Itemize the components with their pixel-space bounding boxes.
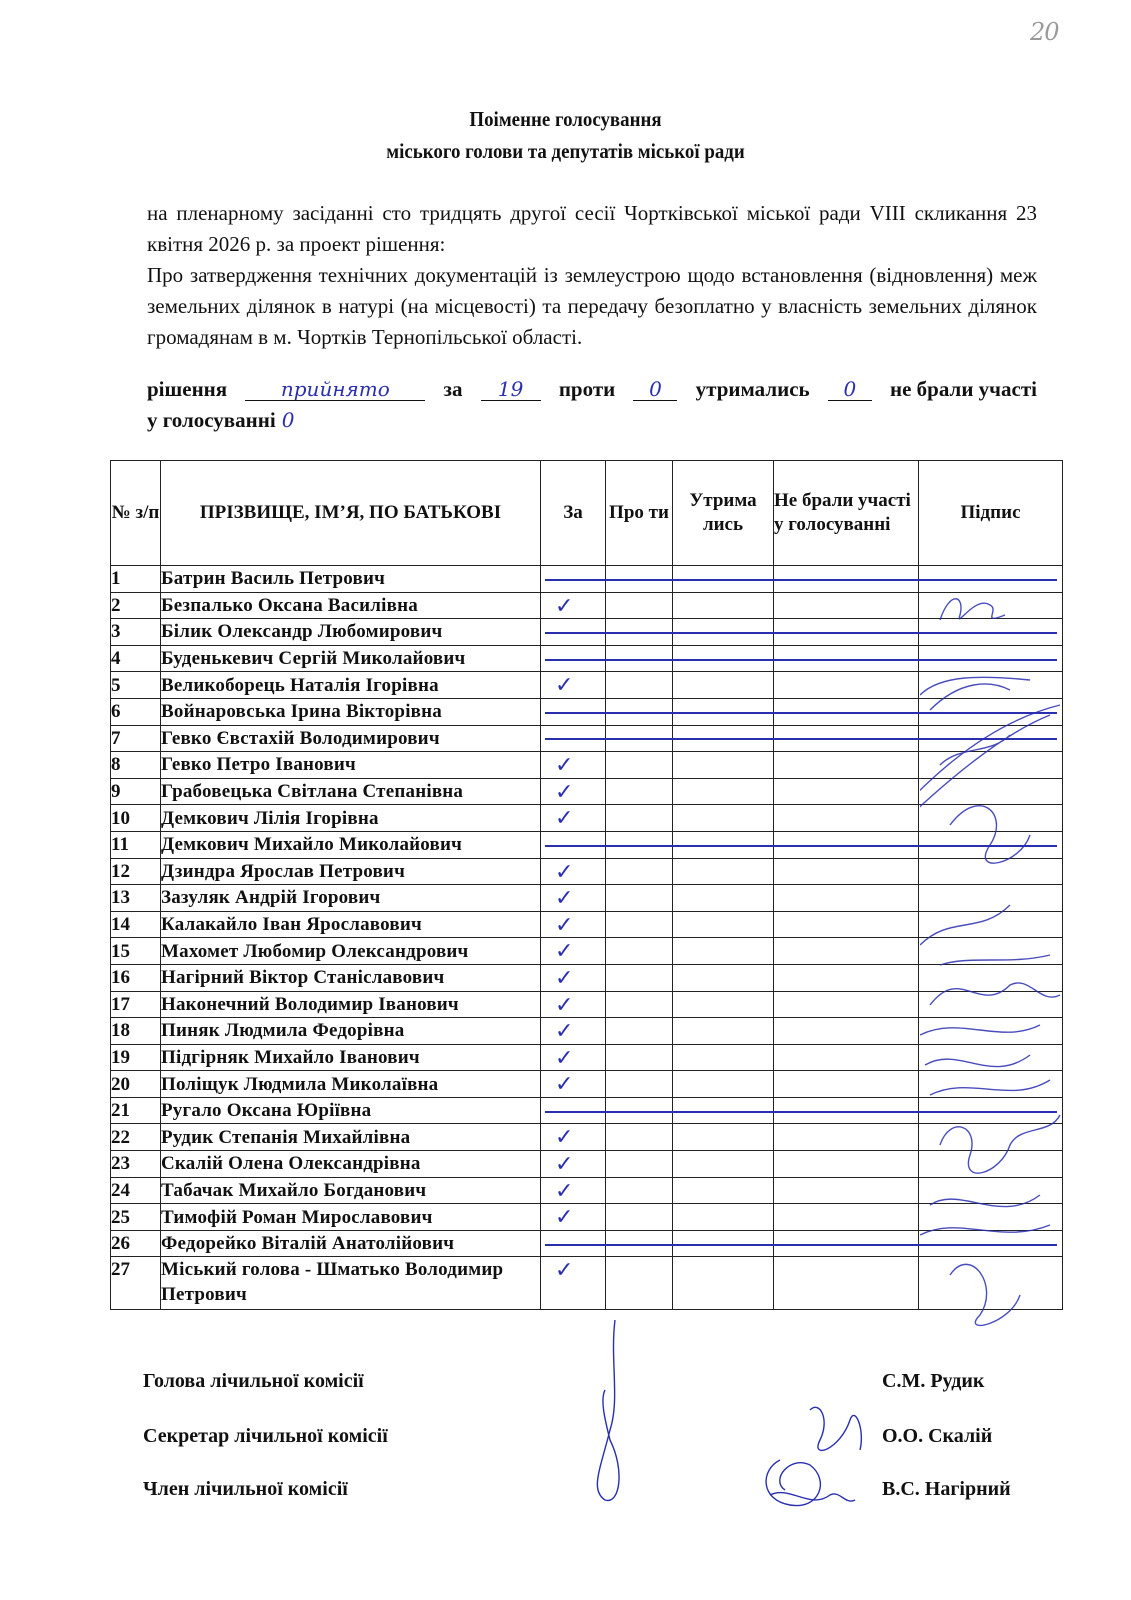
strike-line-icon xyxy=(545,632,1057,634)
table-row: 8Гевко Петро Іванович✓ xyxy=(111,752,1063,779)
deputy-name: Грабовецька Світлана Степанівна xyxy=(161,778,541,805)
vote-for-cell: ✓ xyxy=(541,964,606,991)
row-number: 17 xyxy=(111,991,161,1018)
vote-not-voted-cell xyxy=(774,1018,919,1045)
vote-abstained-cell xyxy=(673,858,774,885)
table-row: 25Тимофій Роман Мирославович✓ xyxy=(111,1204,1063,1231)
signature-cell xyxy=(919,1124,1063,1151)
vote-against-cell xyxy=(606,1124,673,1151)
signature-cell xyxy=(919,938,1063,965)
table-row: 27Міський голова - Шматько Володимир Пет… xyxy=(111,1257,1063,1310)
vote-for-cell: ✓ xyxy=(541,1044,606,1071)
vote-for-cell: ✓ xyxy=(541,911,606,938)
vote-not-voted-cell xyxy=(774,805,919,832)
abstained-count: 0 xyxy=(828,378,872,401)
vote-for-cell xyxy=(541,645,606,672)
signature-cell xyxy=(919,991,1063,1018)
deputy-name: Демкович Лілія Ігорівна xyxy=(161,805,541,832)
vote-abstained-cell xyxy=(673,1177,774,1204)
vote-not-voted-cell xyxy=(774,858,919,885)
vote-abstained-cell xyxy=(673,778,774,805)
deputy-name: Скалій Олена Олександрівна xyxy=(161,1151,541,1178)
vote-not-voted-cell xyxy=(774,885,919,912)
checkmark-icon: ✓ xyxy=(555,862,573,884)
vote-against-cell xyxy=(606,778,673,805)
table-row: 10Демкович Лілія Ігорівна✓ xyxy=(111,805,1063,832)
checkmark-icon: ✓ xyxy=(555,782,573,804)
vote-not-voted-cell xyxy=(774,911,919,938)
vote-for-cell xyxy=(541,1230,606,1257)
row-number: 2 xyxy=(111,592,161,619)
deputy-name: Махомет Любомир Олександрович xyxy=(161,938,541,965)
not-voted-count: 0 xyxy=(282,408,295,432)
checkmark-icon: ✓ xyxy=(555,1048,573,1070)
vote-not-voted-cell xyxy=(774,1177,919,1204)
row-number: 25 xyxy=(111,1204,161,1231)
chair-signature xyxy=(580,1320,640,1520)
table-row: 26Федорейко Віталій Анатолійович xyxy=(111,1230,1063,1257)
committee-member-role: Член лічильної комісії xyxy=(143,1478,348,1501)
vote-for-cell: ✓ xyxy=(541,1071,606,1098)
vote-not-voted-cell xyxy=(774,752,919,779)
not-voted-label-cont: у голосуванні xyxy=(147,408,276,432)
header-name: ПРІЗВИЩЕ, ІМ’Я, ПО БАТЬКОВІ xyxy=(161,461,541,566)
deputy-name: Міський голова - Шматько Володимир Петро… xyxy=(161,1257,541,1310)
table-row: 11Демкович Михайло Миколайович xyxy=(111,831,1063,858)
row-number: 9 xyxy=(111,778,161,805)
row-number: 6 xyxy=(111,698,161,725)
deputy-name: Підгірняк Михайло Іванович xyxy=(161,1044,541,1071)
strike-line-icon xyxy=(545,845,1057,847)
vote-not-voted-cell xyxy=(774,778,919,805)
row-number: 14 xyxy=(111,911,161,938)
decision-value: прийнято xyxy=(245,378,425,401)
table-row: 4Буденькевич Сергій Миколайович xyxy=(111,645,1063,672)
draft-decision-title: Про затвердження технічних документацій … xyxy=(147,260,1037,353)
vote-against-cell xyxy=(606,858,673,885)
signature-cell xyxy=(919,885,1063,912)
checkmark-icon: ✓ xyxy=(555,808,573,830)
deputy-name: Демкович Михайло Миколайович xyxy=(161,831,541,858)
vote-for-cell: ✓ xyxy=(541,1204,606,1231)
deputy-name: Гевко Петро Іванович xyxy=(161,752,541,779)
vote-for-cell: ✓ xyxy=(541,1151,606,1178)
vote-for-cell: ✓ xyxy=(541,778,606,805)
vote-for-cell xyxy=(541,725,606,752)
row-number: 7 xyxy=(111,725,161,752)
signature-cell xyxy=(919,672,1063,699)
table-row: 18Пиняк Людмила Федорівна✓ xyxy=(111,1018,1063,1045)
checkmark-icon: ✓ xyxy=(555,596,573,618)
vote-not-voted-cell xyxy=(774,1151,919,1178)
row-number: 20 xyxy=(111,1071,161,1098)
vote-for-cell xyxy=(541,619,606,646)
vote-not-voted-cell xyxy=(774,1044,919,1071)
signature-cell xyxy=(919,858,1063,885)
vote-for-cell: ✓ xyxy=(541,885,606,912)
vote-against-cell xyxy=(606,964,673,991)
checkmark-icon: ✓ xyxy=(555,888,573,910)
deputy-name: Федорейко Віталій Анатолійович xyxy=(161,1230,541,1257)
page-number: 20 xyxy=(1030,18,1059,46)
strike-line-icon xyxy=(545,1244,1057,1246)
vote-for-cell: ✓ xyxy=(541,805,606,832)
table-row: 1Батрин Василь Петрович xyxy=(111,566,1063,593)
vote-against-cell xyxy=(606,672,673,699)
vote-abstained-cell xyxy=(673,911,774,938)
row-number: 12 xyxy=(111,858,161,885)
checkmark-icon: ✓ xyxy=(555,675,573,697)
deputy-name: Нагірний Віктор Станіславович xyxy=(161,964,541,991)
row-number: 23 xyxy=(111,1151,161,1178)
vote-not-voted-cell xyxy=(774,991,919,1018)
strike-line-icon xyxy=(545,659,1057,661)
checkmark-icon: ✓ xyxy=(555,995,573,1017)
strike-line-icon xyxy=(545,738,1057,740)
signature-cell xyxy=(919,1257,1063,1310)
vote-against-cell xyxy=(606,752,673,779)
header-against: Про ти xyxy=(606,461,673,566)
vote-for-cell: ✓ xyxy=(541,1124,606,1151)
vote-not-voted-cell xyxy=(774,938,919,965)
row-number: 18 xyxy=(111,1018,161,1045)
vote-for-cell xyxy=(541,566,606,593)
table-row: 13Зазуляк Андрій Ігорович✓ xyxy=(111,885,1063,912)
deputy-name: Батрин Василь Петрович xyxy=(161,566,541,593)
vote-abstained-cell xyxy=(673,1071,774,1098)
committee-chair-name: С.М. Рудик xyxy=(882,1370,984,1393)
row-number: 8 xyxy=(111,752,161,779)
signature-cell xyxy=(919,752,1063,779)
deputy-name: Войнаровська Ірина Вікторівна xyxy=(161,698,541,725)
table-row: 2Безпалько Оксана Василівна✓ xyxy=(111,592,1063,619)
table-row: 21Ругало Оксана Юріївна xyxy=(111,1097,1063,1124)
table-row: 14Калакайло Іван Ярославович✓ xyxy=(111,911,1063,938)
table-row: 15Махомет Любомир Олександрович✓ xyxy=(111,938,1063,965)
vote-abstained-cell xyxy=(673,592,774,619)
header-abstained: Утрима лись xyxy=(673,461,774,566)
signature-cell xyxy=(919,1071,1063,1098)
row-number: 22 xyxy=(111,1124,161,1151)
vote-against-cell xyxy=(606,805,673,832)
vote-against-cell xyxy=(606,1257,673,1310)
vote-for-cell: ✓ xyxy=(541,991,606,1018)
deputy-name: Зазуляк Андрій Ігорович xyxy=(161,885,541,912)
table-row: 19Підгірняк Михайло Іванович✓ xyxy=(111,1044,1063,1071)
deputy-name: Буденькевич Сергій Миколайович xyxy=(161,645,541,672)
deputy-name: Наконечний Володимир Іванович xyxy=(161,991,541,1018)
vote-not-voted-cell xyxy=(774,1257,919,1310)
vote-against-cell xyxy=(606,1018,673,1045)
row-number: 21 xyxy=(111,1097,161,1124)
for-label: за xyxy=(444,374,463,405)
signature-cell xyxy=(919,1177,1063,1204)
vote-against-cell xyxy=(606,938,673,965)
header-num: № з/п xyxy=(111,461,161,566)
table-row: 17Наконечний Володимир Іванович✓ xyxy=(111,991,1063,1018)
deputy-name: Великоборець Наталія Ігорівна xyxy=(161,672,541,699)
table-row: 3Білик Олександр Любомирович xyxy=(111,619,1063,646)
not-voted-label: не брали участі xyxy=(890,374,1037,405)
checkmark-icon: ✓ xyxy=(555,1127,573,1149)
vote-not-voted-cell xyxy=(774,1071,919,1098)
deputy-name: Гевко Євстахій Володимирович xyxy=(161,725,541,752)
row-number: 1 xyxy=(111,566,161,593)
committee-chair-role: Голова лічильної комісії xyxy=(143,1370,364,1393)
vote-abstained-cell xyxy=(673,991,774,1018)
document-subtitle: міського голови та депутатів міської рад… xyxy=(57,135,1075,167)
table-row: 23Скалій Олена Олександрівна✓ xyxy=(111,1151,1063,1178)
vote-abstained-cell xyxy=(673,1018,774,1045)
table-row: 24Табачак Михайло Богданович✓ xyxy=(111,1177,1063,1204)
vote-for-cell: ✓ xyxy=(541,1257,606,1310)
table-body: 1Батрин Василь Петрович2Безпалько Оксана… xyxy=(111,566,1063,1310)
checkmark-icon: ✓ xyxy=(555,1181,573,1203)
deputy-name: Безпалько Оксана Василівна xyxy=(161,592,541,619)
strike-line-icon xyxy=(545,1111,1057,1113)
deputy-name: Пиняк Людмила Федорівна xyxy=(161,1018,541,1045)
vote-not-voted-cell xyxy=(774,964,919,991)
header-for: За xyxy=(541,461,606,566)
vote-not-voted-cell xyxy=(774,1124,919,1151)
deputy-name: Поліщук Людмила Миколаївна xyxy=(161,1071,541,1098)
vote-abstained-cell xyxy=(673,752,774,779)
vote-not-voted-cell xyxy=(774,592,919,619)
vote-against-cell xyxy=(606,911,673,938)
signature-cell xyxy=(919,805,1063,832)
vote-for-cell: ✓ xyxy=(541,752,606,779)
deputy-name: Тимофій Роман Мирославович xyxy=(161,1204,541,1231)
decision-label: рішення xyxy=(147,374,227,405)
abstained-label: утримались xyxy=(696,374,810,405)
vote-against-cell xyxy=(606,1071,673,1098)
vote-for-cell: ✓ xyxy=(541,672,606,699)
vote-against-cell xyxy=(606,1151,673,1178)
table-row: 7Гевко Євстахій Володимирович xyxy=(111,725,1063,752)
row-number: 13 xyxy=(111,885,161,912)
vote-abstained-cell xyxy=(673,964,774,991)
against-label: проти xyxy=(559,374,615,405)
table-row: 22Рудик Степанія Михайлівна✓ xyxy=(111,1124,1063,1151)
table-row: 9Грабовецька Світлана Степанівна✓ xyxy=(111,778,1063,805)
vote-abstained-cell xyxy=(673,1151,774,1178)
signature-cell xyxy=(919,1018,1063,1045)
vote-not-voted-cell xyxy=(774,672,919,699)
signature-cell xyxy=(919,964,1063,991)
checkmark-icon: ✓ xyxy=(555,755,573,777)
checkmark-icon: ✓ xyxy=(555,915,573,937)
vote-not-voted-cell xyxy=(774,1204,919,1231)
vote-for-cell xyxy=(541,1097,606,1124)
strike-line-icon xyxy=(545,712,1057,714)
vote-against-cell xyxy=(606,1204,673,1231)
vote-abstained-cell xyxy=(673,1124,774,1151)
signature-cell xyxy=(919,1044,1063,1071)
vote-for-cell: ✓ xyxy=(541,1177,606,1204)
vote-for-cell: ✓ xyxy=(541,938,606,965)
vote-abstained-cell xyxy=(673,938,774,965)
vote-against-cell xyxy=(606,885,673,912)
vote-abstained-cell xyxy=(673,885,774,912)
vote-against-cell xyxy=(606,1177,673,1204)
checkmark-icon: ✓ xyxy=(555,941,573,963)
signature-cell xyxy=(919,911,1063,938)
vote-against-cell xyxy=(606,1044,673,1071)
deputy-name: Рудик Степанія Михайлівна xyxy=(161,1124,541,1151)
row-number: 11 xyxy=(111,831,161,858)
row-number: 19 xyxy=(111,1044,161,1071)
checkmark-icon: ✓ xyxy=(555,1021,573,1043)
vote-abstained-cell xyxy=(673,1044,774,1071)
checkmark-icon: ✓ xyxy=(555,1260,573,1282)
row-number: 24 xyxy=(111,1177,161,1204)
header-not-voted: Не брали участі у голосуванні xyxy=(774,461,919,566)
signature-cell xyxy=(919,1204,1063,1231)
checkmark-icon: ✓ xyxy=(555,1154,573,1176)
checkmark-icon: ✓ xyxy=(555,968,573,990)
roll-call-table: № з/п ПРІЗВИЩЕ, ІМ’Я, ПО БАТЬКОВІ За Про… xyxy=(110,460,1063,1310)
row-number: 5 xyxy=(111,672,161,699)
committee-secretary-name: О.О. Скалій xyxy=(882,1425,992,1448)
signature-cell xyxy=(919,778,1063,805)
vote-for-cell xyxy=(541,698,606,725)
deputy-name: Калакайло Іван Ярославович xyxy=(161,911,541,938)
table-row: 5Великоборець Наталія Ігорівна✓ xyxy=(111,672,1063,699)
row-number: 15 xyxy=(111,938,161,965)
table-row: 12Дзиндра Ярослав Петрович✓ xyxy=(111,858,1063,885)
deputy-name: Табачак Михайло Богданович xyxy=(161,1177,541,1204)
deputy-name: Білик Олександр Любомирович xyxy=(161,619,541,646)
row-number: 4 xyxy=(111,645,161,672)
table-row: 20Поліщук Людмила Миколаївна✓ xyxy=(111,1071,1063,1098)
for-count: 19 xyxy=(481,378,541,401)
row-number: 3 xyxy=(111,619,161,646)
against-count: 0 xyxy=(633,378,677,401)
table-row: 6Войнаровська Ірина Вікторівна xyxy=(111,698,1063,725)
vote-against-cell xyxy=(606,991,673,1018)
strike-line-icon xyxy=(545,579,1057,581)
committee-secretary-role: Секретар лічильної комісії xyxy=(143,1425,388,1448)
deputy-name: Дзиндра Ярослав Петрович xyxy=(161,858,541,885)
vote-for-cell: ✓ xyxy=(541,858,606,885)
committee-member-name: В.С. Нагірний xyxy=(882,1478,1011,1501)
vote-for-cell: ✓ xyxy=(541,1018,606,1045)
row-number: 26 xyxy=(111,1230,161,1257)
vote-against-cell xyxy=(606,592,673,619)
intro-paragraph: на пленарному засіданні сто тридцять дру… xyxy=(147,198,1037,353)
row-number: 27 xyxy=(111,1257,161,1310)
vote-abstained-cell xyxy=(673,1204,774,1231)
table-header-row: № з/п ПРІЗВИЩЕ, ІМ’Я, ПО БАТЬКОВІ За Про… xyxy=(111,461,1063,566)
document-title: Поіменне голосування xyxy=(57,103,1075,135)
deputy-name: Ругало Оксана Юріївна xyxy=(161,1097,541,1124)
row-number: 10 xyxy=(111,805,161,832)
checkmark-icon: ✓ xyxy=(555,1207,573,1229)
vote-result-summary: рішення прийнято за 19 проти 0 утрималис… xyxy=(147,374,1037,436)
checkmark-icon: ✓ xyxy=(555,1074,573,1096)
vote-for-cell xyxy=(541,831,606,858)
table-row: 16Нагірний Віктор Станіславович✓ xyxy=(111,964,1063,991)
header-signature: Підпис xyxy=(919,461,1063,566)
signature-cell xyxy=(919,1151,1063,1178)
secretary-member-signature xyxy=(750,1400,880,1520)
vote-for-cell: ✓ xyxy=(541,592,606,619)
vote-abstained-cell xyxy=(673,805,774,832)
vote-abstained-cell xyxy=(673,672,774,699)
row-number: 16 xyxy=(111,964,161,991)
signature-cell xyxy=(919,592,1063,619)
session-text: на пленарному засіданні сто тридцять дру… xyxy=(147,198,1037,260)
vote-abstained-cell xyxy=(673,1257,774,1310)
